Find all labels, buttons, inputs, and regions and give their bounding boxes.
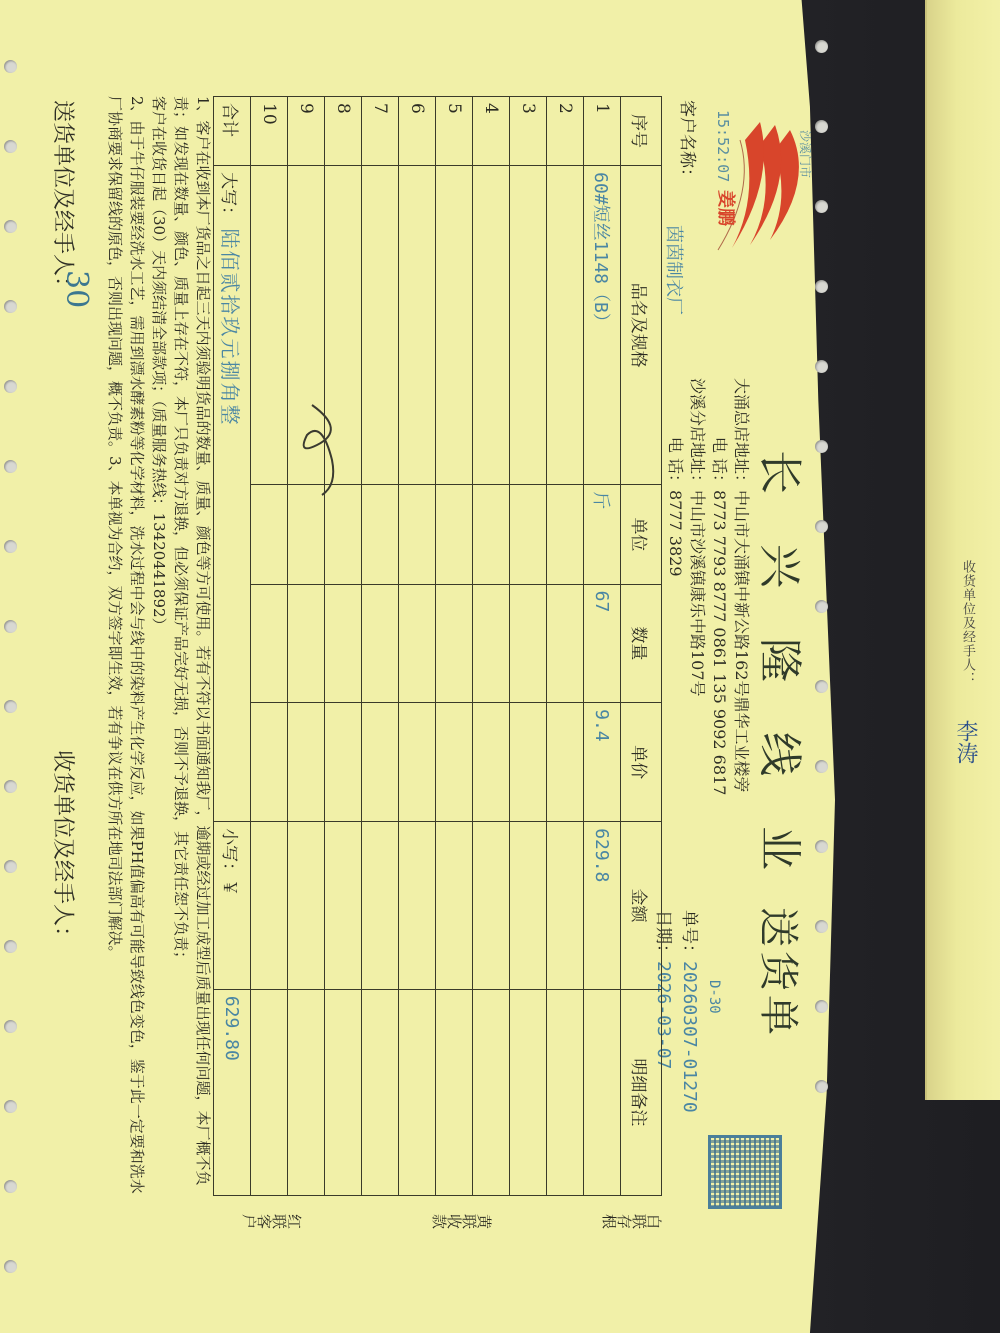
logo-caption: 沙溪门市 bbox=[797, 130, 814, 178]
total-small-value: 629.80 bbox=[214, 989, 251, 1195]
table-row: 9 bbox=[288, 97, 325, 1196]
items-table: 序号 品名及规格 单位 数量 单价 金额 明细备注 1 60#短丝1148（B）… bbox=[213, 96, 662, 1196]
header-no: 序号 bbox=[621, 97, 662, 166]
total-small-label: 小写：￥ bbox=[220, 828, 240, 896]
table-row: 7 bbox=[362, 97, 399, 1196]
term-2-3: 2、由于牛仔服装要经洗水工艺，需用到漂水酵素粉等化学材料，洗水过程中会与线中的染… bbox=[104, 96, 148, 1206]
delivery-signer-label: 送货单位及经手人： bbox=[49, 100, 80, 298]
term-payment: 客户在收货日起（30）天内须结清全部款项；（质量服务热线：13420441892… bbox=[148, 96, 170, 1206]
item-note bbox=[584, 989, 621, 1195]
red-stamp: 姜鹏 bbox=[714, 190, 740, 226]
branch-phone: 8777 3829 bbox=[666, 490, 685, 577]
pin-feed-holes-left bbox=[0, 0, 24, 1333]
table-row: 2 bbox=[547, 97, 584, 1196]
copy-yellow: 黄联收款 bbox=[428, 1210, 492, 1232]
table-header: 序号 品名及规格 单位 数量 单价 金额 明细备注 bbox=[621, 97, 662, 1196]
background-receiver-label: 收货单位及经手人： bbox=[958, 560, 977, 686]
item-qty: 67 bbox=[584, 584, 621, 703]
table-row: 8 bbox=[325, 97, 362, 1196]
copy-red: 红联客户 bbox=[238, 1210, 302, 1232]
total-big-value: 陆佰贰拾玖元捌角整 bbox=[219, 229, 243, 427]
table-row: 6 bbox=[399, 97, 436, 1196]
item-price: 9.4 bbox=[584, 703, 621, 822]
delivery-signer-value: 30 bbox=[59, 270, 94, 308]
table-row: 4 bbox=[473, 97, 510, 1196]
total-big-label: 大写： bbox=[219, 172, 239, 223]
item-unit: 斤 bbox=[584, 485, 621, 584]
main-store-phone: 8773 7793 8777 0861 135 9092 6817 bbox=[710, 490, 729, 795]
table-row: 3 bbox=[510, 97, 547, 1196]
copy-white: 白联存根 bbox=[598, 1210, 662, 1232]
qr-code-icon bbox=[708, 1135, 782, 1209]
customer-label: 客户名称： bbox=[677, 100, 702, 185]
item-amount: 629.8 bbox=[584, 822, 621, 990]
header-unit: 单位 bbox=[621, 485, 662, 584]
total-row: 合计 大写： 陆佰贰拾玖元捌角整 小写：￥ 629.80 bbox=[214, 97, 251, 1196]
background-receiver-signature: 李涛 bbox=[950, 720, 981, 764]
terms-and-conditions: 1、客户在收到本厂货品之日起三天内须验明货品的数量、质量、颜色等方可使用。若有不… bbox=[104, 96, 214, 1206]
copy-labels: 白联存根 黄联收款 红联客户 bbox=[142, 1210, 662, 1250]
customer-name: 茵茵制衣厂 bbox=[662, 225, 688, 315]
header-price: 单价 bbox=[621, 703, 662, 822]
header-amount: 金额 bbox=[621, 822, 662, 990]
delivery-note-form: 沙溪门市 15:52:07 姜鹏 长 兴 隆 线 业 送货单 大涌总店地址：中山… bbox=[22, 70, 822, 1280]
table-row: 1 60#短丝1148（B） 斤 67 9.4 629.8 bbox=[584, 97, 621, 1196]
page-title: 长 兴 隆 线 业 送货单 bbox=[752, 450, 816, 1039]
table-row: 5 bbox=[436, 97, 473, 1196]
item-name: 60#短丝1148（B） bbox=[584, 166, 621, 485]
document-code: D-30 bbox=[706, 980, 722, 1014]
term-1: 1、客户在收到本厂货品之日起三天内须验明货品的数量、质量、颜色等方可使用。若有不… bbox=[170, 96, 214, 1206]
company-name: 长 兴 隆 线 业 bbox=[752, 450, 816, 888]
header-qty: 数量 bbox=[621, 584, 662, 703]
total-label: 合计 bbox=[214, 97, 251, 166]
background-sheet bbox=[925, 0, 1000, 1100]
company-addresses: 大涌总店地址：中山市大涌镇中新公路162号鼎华工业楼旁 电 话：8773 779… bbox=[664, 370, 752, 795]
header-name: 品名及规格 bbox=[621, 166, 662, 485]
header-note: 明细备注 bbox=[621, 989, 662, 1195]
branch-address: 中山市沙溪镇康乐中路107号 bbox=[688, 490, 707, 697]
print-time: 15:52:07 bbox=[714, 110, 732, 182]
document-type: 送货单 bbox=[753, 907, 810, 1039]
handwritten-scribble bbox=[292, 400, 352, 500]
table-row: 10 bbox=[251, 97, 288, 1196]
order-number: 20260307-01270 bbox=[679, 961, 700, 1113]
receiver-signer-label: 收货单位及经手人： bbox=[49, 750, 80, 948]
main-store-address: 中山市大涌镇中新公路162号鼎华工业楼旁 bbox=[732, 490, 751, 793]
